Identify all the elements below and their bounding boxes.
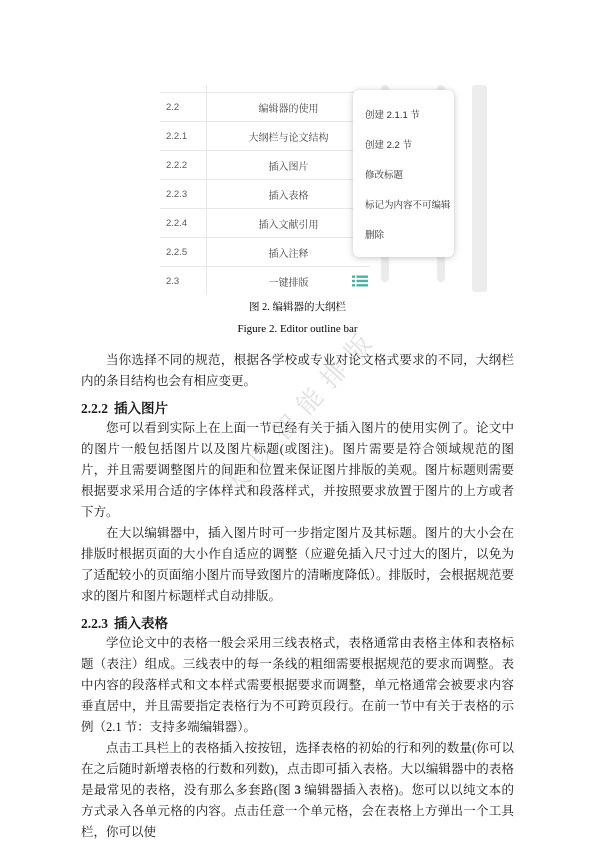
page-content: 2.2 编辑器的使用 2.2.1 大纲栏与论文结构 2.2.2 插入图片 2.2… <box>81 85 514 842</box>
menu-item-delete: 删除 <box>353 219 454 249</box>
outline-row: 2.2.3 插入表格 <box>160 180 370 209</box>
page-number: 3 <box>0 784 595 796</box>
section-title: 插入图片 <box>114 397 168 417</box>
paragraph: 在大以编辑器中，插入图片时可一步指定图片及其标题。图片的大小会在排版时根据页面的… <box>81 523 514 607</box>
outline-row-title: 插入表格 <box>207 180 370 208</box>
document-page: 大以智能排版 2.2 编辑器的使用 2.2.1 <box>0 0 595 842</box>
outline-row: 2.2.2 插入图片 <box>160 151 370 180</box>
section-heading-222: 2.2.2 插入图片 <box>81 397 514 417</box>
outline-row-title: 编辑器的使用 <box>207 93 370 121</box>
outline-row-number: 2.2.1 <box>160 122 207 150</box>
menu-item-create-22: 创建 2.2 节 <box>353 129 454 159</box>
outline-row-partial <box>160 85 370 93</box>
outline-table: 2.2 编辑器的使用 2.2.1 大纲栏与论文结构 2.2.2 插入图片 2.2… <box>160 85 370 295</box>
outline-row-title: 大纲栏与论文结构 <box>207 122 370 150</box>
outline-row-title: 插入文献引用 <box>207 209 370 237</box>
section-number: 2.2.3 <box>81 616 108 632</box>
outline-row-title <box>207 85 370 92</box>
figure-editor-outline: 2.2 编辑器的使用 2.2.1 大纲栏与论文结构 2.2.2 插入图片 2.2… <box>81 85 514 335</box>
outline-row: 2.2.4 插入文献引用 <box>160 209 370 238</box>
list-icon <box>352 275 368 287</box>
menu-item-rename: 修改标题 <box>353 159 454 189</box>
outline-row: 2.2 编辑器的使用 <box>160 93 370 122</box>
menu-item-create-211: 创建 2.1.1 节 <box>353 99 454 129</box>
outline-row-title: 一键排版 <box>207 267 370 295</box>
figure-caption: 图 2. 编辑器的大纲栏 Figure 2. Editor outline ba… <box>81 299 514 335</box>
figure-caption-en: Figure 2. Editor outline bar <box>81 323 514 335</box>
menu-item-mark-readonly: 标记为内容不可编辑 <box>353 189 454 219</box>
outline-row-number: 2.3 <box>160 267 207 295</box>
outline-row-number: 2.2.4 <box>160 209 207 237</box>
paragraph: 您可以看到实际上在上面一节已经有关于插入图片的使用实例了。论文中的图片一般包括图… <box>81 418 514 523</box>
intro-paragraph: 当你选择不同的规范，根据各学校或专业对论文格式要求的不同，大纲栏内的条目结构也会… <box>81 350 514 392</box>
paragraph: 学位论文中的表格一般会采用三线表格式，表格通常由表格主体和表格标题（表注）组成。… <box>81 633 514 738</box>
outline-row-number: 2.2.5 <box>160 238 207 266</box>
section-heading-223: 2.2.3 插入表格 <box>81 612 514 632</box>
outline-row-title: 插入注释 <box>207 238 370 266</box>
outline-row: 2.2.1 大纲栏与论文结构 <box>160 122 370 151</box>
outline-row: 2.2.5 插入注释 <box>160 238 370 267</box>
outline-row-number: 2.2.2 <box>160 151 207 179</box>
outline-row-number: 2.2.3 <box>160 180 207 208</box>
section-title: 插入表格 <box>114 612 168 632</box>
outline-row-number: 2.2 <box>160 93 207 121</box>
outline-row-title: 插入图片 <box>207 151 370 179</box>
figure-caption-zh: 图 2. 编辑器的大纲栏 <box>81 299 514 314</box>
figure-screenshot-canvas: 2.2 编辑器的使用 2.2.1 大纲栏与论文结构 2.2.2 插入图片 2.2… <box>160 85 494 292</box>
section-number: 2.2.2 <box>81 401 108 417</box>
outline-row-number <box>160 85 207 92</box>
context-menu: 创建 2.1.1 节 创建 2.2 节 修改标题 标记为内容不可编辑 删除 <box>353 90 454 257</box>
editor-scrollbar <box>472 85 487 292</box>
outline-row: 2.3 一键排版 <box>160 267 370 295</box>
